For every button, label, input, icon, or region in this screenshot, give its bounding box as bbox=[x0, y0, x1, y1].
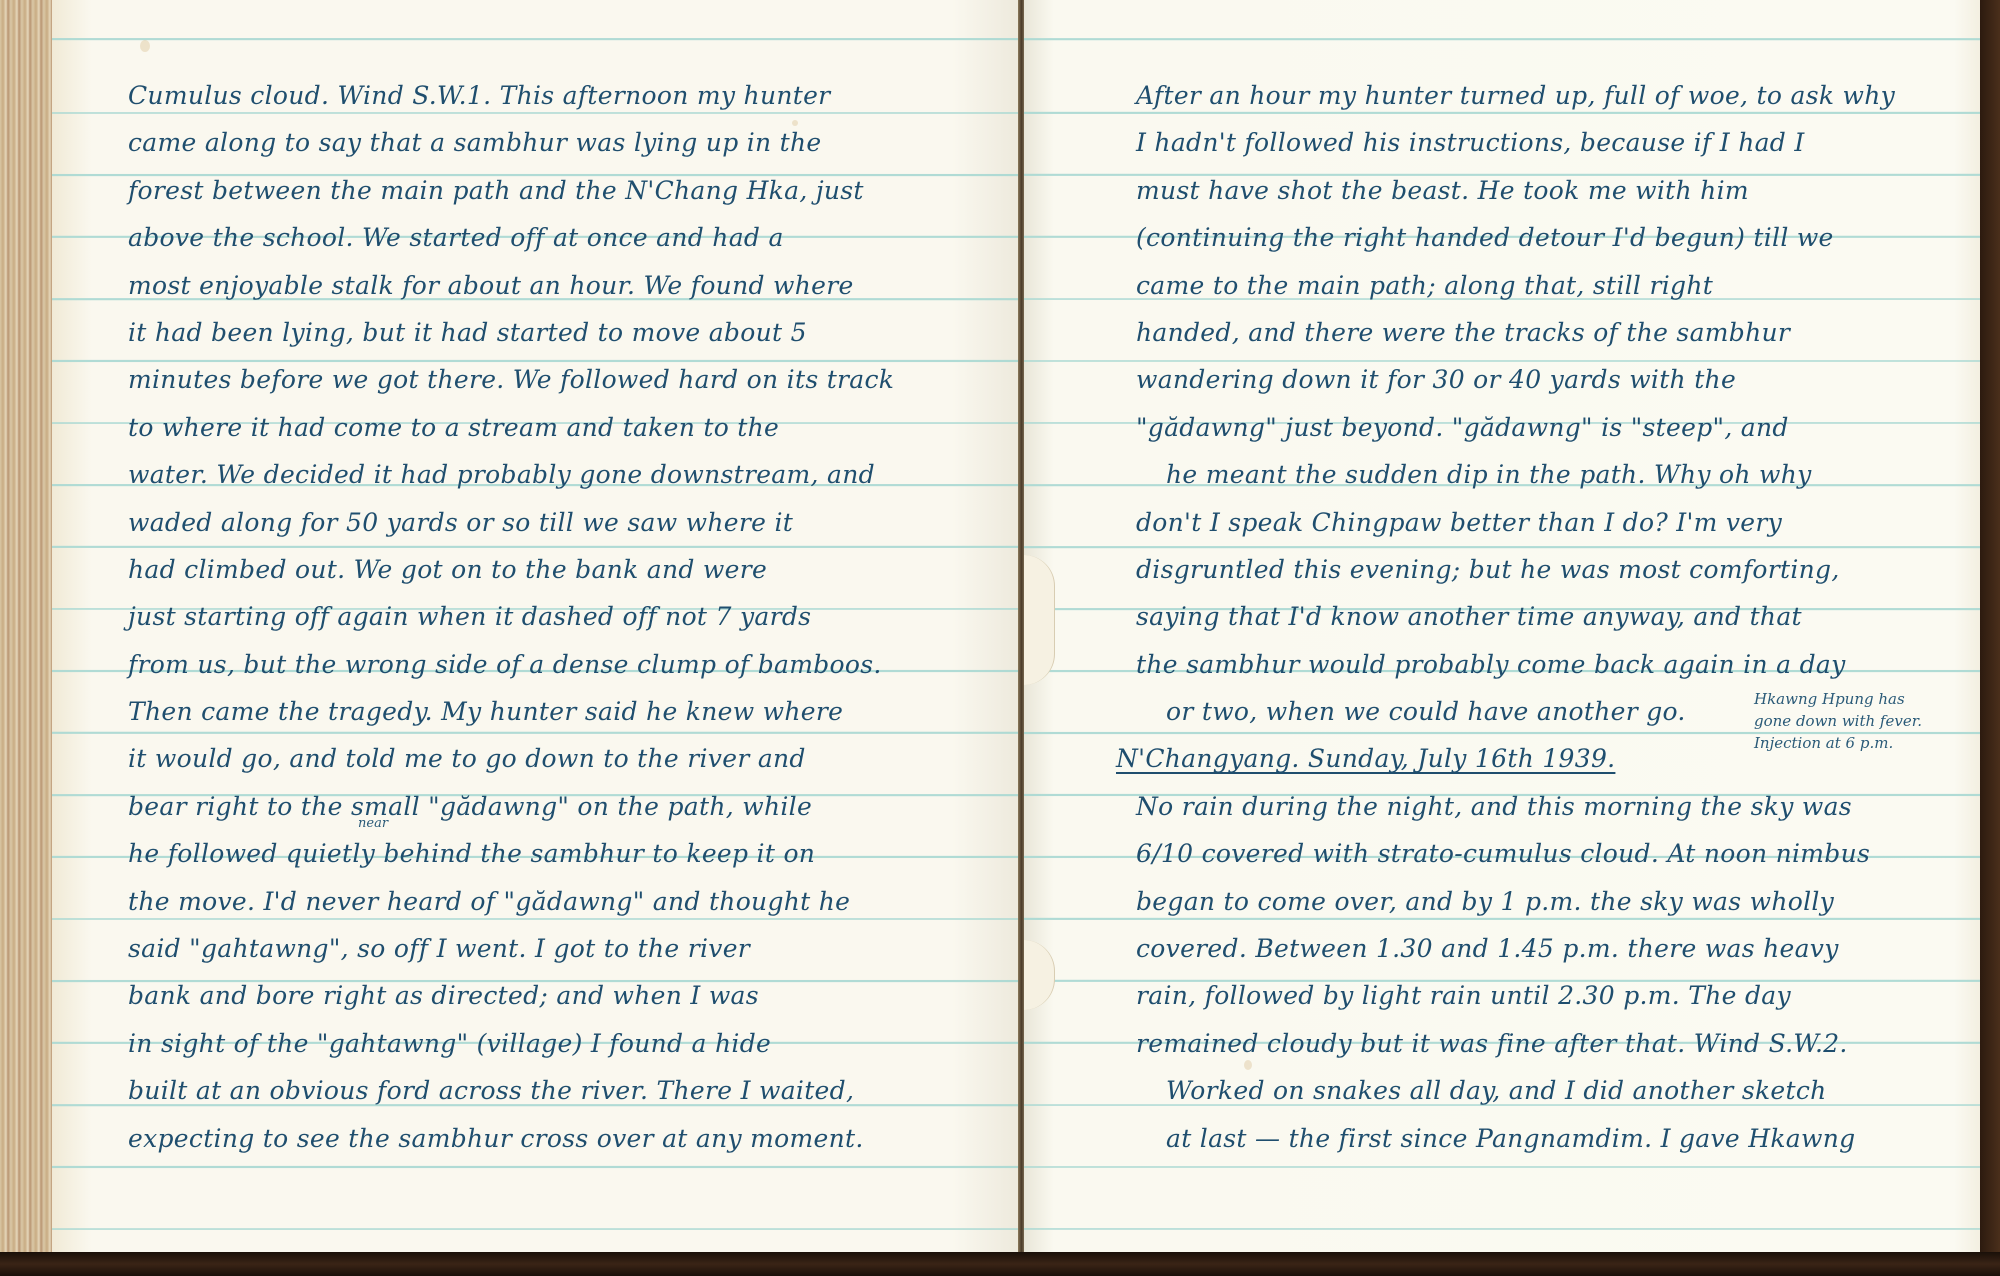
handwritten-line: don't I speak Chingpaw better than I do?… bbox=[1136, 499, 1956, 546]
handwritten-line: he followed quietly behind the sambhur t… bbox=[128, 830, 1008, 877]
margin-note-line: gone down with fever. bbox=[1754, 710, 1964, 732]
handwritten-line: from us, but the wrong side of a dense c… bbox=[128, 641, 1008, 688]
handwritten-line: Cumulus cloud. Wind S.W.1. This afternoo… bbox=[128, 72, 1008, 119]
handwritten-line: "gădawng" just beyond. "gădawng" is "ste… bbox=[1136, 404, 1956, 451]
right-page: After an hour my hunter turned up, full … bbox=[1024, 0, 1980, 1252]
handwritten-line: above the school. We started off at once… bbox=[128, 214, 1008, 261]
handwritten-line: minutes before we got there. We followed… bbox=[128, 356, 1008, 403]
handwritten-line: expecting to see the sambhur cross over … bbox=[128, 1115, 1008, 1162]
handwritten-line: said "gahtawng", so off I went. I got to… bbox=[128, 925, 1008, 972]
handwritten-line: After an hour my hunter turned up, full … bbox=[1136, 72, 1956, 119]
left-page: Cumulus cloud. Wind S.W.1. This afternoo… bbox=[52, 0, 1020, 1252]
handwritten-line: rain, followed by light rain until 2.30 … bbox=[1136, 972, 1956, 1019]
handwritten-line: waded along for 50 yards or so till we s… bbox=[128, 499, 1008, 546]
handwritten-line: water. We decided it had probably gone d… bbox=[128, 451, 1008, 498]
handwritten-line: 6/10 covered with strato-cumulus cloud. … bbox=[1136, 830, 1956, 877]
handwritten-line: Worked on snakes all day, and I did anot… bbox=[1136, 1067, 1956, 1114]
handwritten-line: disgruntled this evening; but he was mos… bbox=[1136, 546, 1956, 593]
handwritten-line: built at an obvious ford across the rive… bbox=[128, 1067, 1008, 1114]
handwritten-line: Then came the tragedy. My hunter said he… bbox=[128, 688, 1008, 735]
handwritten-line: the move. I'd never heard of "gădawng" a… bbox=[128, 878, 1008, 925]
page-edges bbox=[0, 0, 52, 1252]
handwritten-line: wandering down it for 30 or 40 yards wit… bbox=[1136, 356, 1956, 403]
handwritten-line: began to come over, and by 1 p.m. the sk… bbox=[1136, 878, 1956, 925]
handwritten-line: (continuing the right handed detour I'd … bbox=[1136, 214, 1956, 261]
handwritten-line: just starting off again when it dashed o… bbox=[128, 593, 1008, 640]
handwritten-line: saying that I'd know another time anyway… bbox=[1136, 593, 1956, 640]
book-cover-edge bbox=[1980, 0, 2000, 1252]
page-tab-cut bbox=[1024, 555, 1055, 685]
insertion-note: near bbox=[358, 816, 388, 831]
handwritten-line: covered. Between 1.30 and 1.45 p.m. ther… bbox=[1136, 925, 1956, 972]
handwritten-line: had climbed out. We got on to the bank a… bbox=[128, 546, 1008, 593]
handwritten-line: remained cloudy but it was fine after th… bbox=[1136, 1020, 1956, 1067]
handwritten-line: came to the main path; along that, still… bbox=[1136, 262, 1956, 309]
handwritten-line: it would go, and told me to go down to t… bbox=[128, 735, 1008, 782]
ink-stain bbox=[140, 40, 150, 52]
handwritten-line: No rain during the night, and this morni… bbox=[1136, 783, 1956, 830]
left-page-text: Cumulus cloud. Wind S.W.1. This afternoo… bbox=[128, 72, 1008, 1162]
handwritten-line: bank and bore right as directed; and whe… bbox=[128, 972, 1008, 1019]
handwritten-line: in sight of the "gahtawng" (village) I f… bbox=[128, 1020, 1008, 1067]
right-page-text: After an hour my hunter turned up, full … bbox=[1136, 72, 1956, 1162]
handwritten-line: handed, and there were the tracks of the… bbox=[1136, 309, 1956, 356]
handwritten-line: I hadn't followed his instructions, beca… bbox=[1136, 119, 1956, 166]
open-notebook: Cumulus cloud. Wind S.W.1. This afternoo… bbox=[0, 0, 2000, 1252]
handwritten-line: forest between the main path and the N'C… bbox=[128, 167, 1008, 214]
handwritten-line: must have shot the beast. He took me wit… bbox=[1136, 167, 1956, 214]
margin-note-line: Hkawng Hpung has bbox=[1754, 688, 1964, 710]
book-cover-bottom bbox=[0, 1252, 2000, 1276]
margin-note-line: Injection at 6 p.m. bbox=[1754, 732, 1964, 754]
handwritten-line: the sambhur would probably come back aga… bbox=[1136, 641, 1956, 688]
handwritten-line: bear right to the small "gădawng" on the… bbox=[128, 783, 1008, 830]
handwritten-line: it had been lying, but it had started to… bbox=[128, 309, 1008, 356]
handwritten-line: came along to say that a sambhur was lyi… bbox=[128, 119, 1008, 166]
handwritten-line: at last — the first since Pangnamdim. I … bbox=[1136, 1115, 1956, 1162]
handwritten-line: most enjoyable stalk for about an hour. … bbox=[128, 262, 1008, 309]
margin-note: Hkawng Hpung has gone down with fever. I… bbox=[1754, 688, 1964, 754]
handwritten-line: to where it had come to a stream and tak… bbox=[128, 404, 1008, 451]
handwritten-line: he meant the sudden dip in the path. Why… bbox=[1136, 451, 1956, 498]
